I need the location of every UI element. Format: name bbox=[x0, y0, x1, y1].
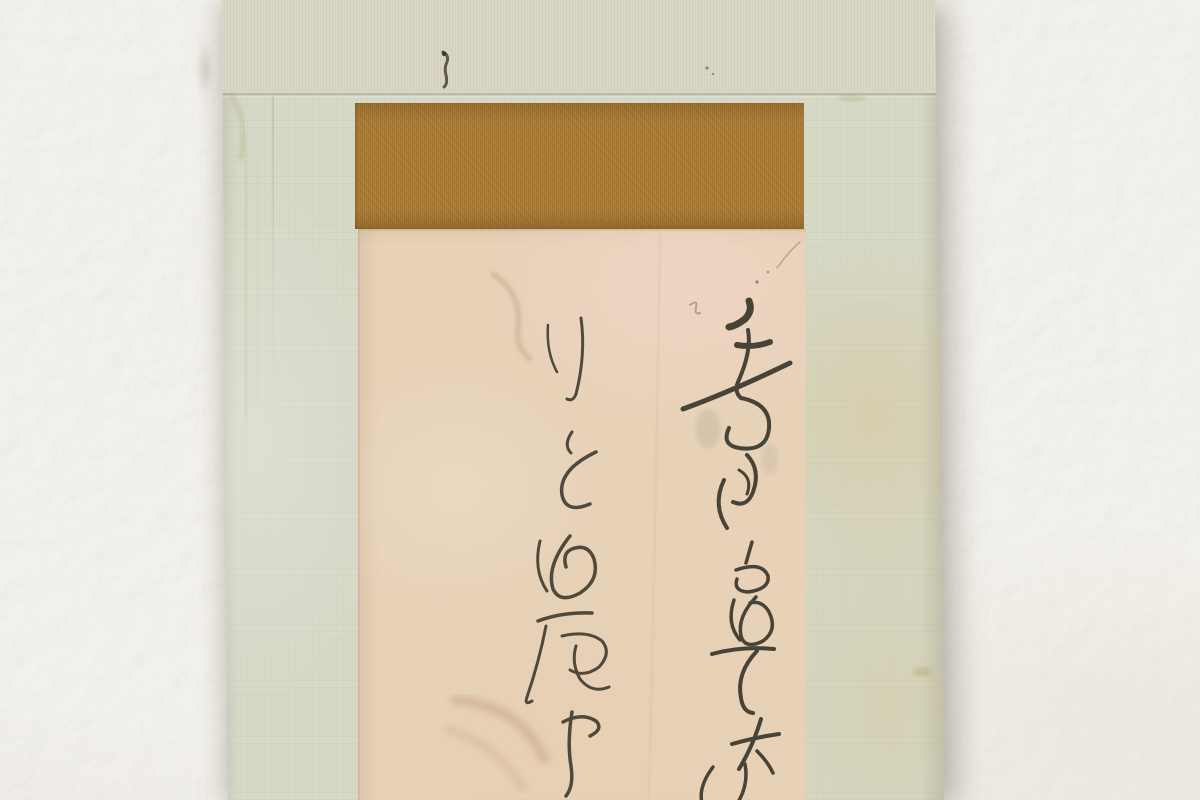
ink-ghost-smudge bbox=[762, 443, 778, 475]
ink-speck bbox=[755, 280, 758, 283]
paper-scratch bbox=[777, 242, 800, 268]
brush-stroke bbox=[567, 432, 572, 453]
brush-stroke bbox=[712, 648, 774, 654]
brush-stroke bbox=[739, 470, 749, 494]
calligraphy-paper bbox=[358, 229, 806, 800]
mount-top-band bbox=[221, 0, 944, 93]
brush-stroke bbox=[740, 651, 757, 713]
brush-stroke bbox=[733, 455, 756, 504]
brush-stroke bbox=[739, 719, 761, 769]
brush-stroke bbox=[729, 301, 750, 327]
brush-stroke bbox=[526, 626, 546, 703]
brush-stroke bbox=[727, 398, 770, 449]
brush-stroke bbox=[566, 712, 572, 796]
brush-stroke bbox=[737, 330, 749, 398]
brush-stroke bbox=[746, 542, 752, 563]
brush-stroke bbox=[567, 318, 583, 400]
mount-brown-panel bbox=[355, 103, 804, 229]
ink-ghost-smudge bbox=[696, 409, 720, 449]
paper-crease bbox=[649, 233, 660, 797]
brush-stroke bbox=[701, 767, 713, 800]
scroll-mount bbox=[221, 0, 944, 800]
brush-stroke bbox=[551, 536, 595, 598]
paper-scuff-arc-2 bbox=[446, 729, 523, 789]
brush-stroke bbox=[736, 567, 768, 592]
hanging-scroll bbox=[221, 0, 944, 800]
brush-stroke bbox=[574, 646, 609, 689]
paper-scuff-arc bbox=[455, 700, 545, 760]
paper-scuff-mark bbox=[493, 274, 530, 359]
ink-speck bbox=[767, 271, 770, 274]
wall-shadow-smudge bbox=[197, 40, 213, 98]
calligraphy-column-right bbox=[683, 301, 790, 800]
brush-stroke bbox=[562, 452, 596, 507]
brush-stroke bbox=[538, 541, 547, 591]
brush-stroke bbox=[740, 597, 772, 645]
brush-stroke bbox=[548, 325, 557, 372]
brush-stroke bbox=[538, 613, 592, 621]
mount-horizontal-seam bbox=[221, 93, 944, 98]
brush-stroke bbox=[719, 480, 727, 528]
mount-fold-crease bbox=[272, 96, 274, 426]
brush-stroke bbox=[757, 751, 773, 773]
calligraphy-ink-svg bbox=[358, 229, 806, 800]
brush-stroke bbox=[731, 600, 740, 640]
photograph bbox=[0, 0, 1200, 800]
brush-stroke bbox=[690, 302, 700, 313]
brush-stroke bbox=[562, 634, 606, 673]
brush-stroke bbox=[737, 342, 770, 346]
calligraphy-column-left bbox=[526, 318, 609, 796]
